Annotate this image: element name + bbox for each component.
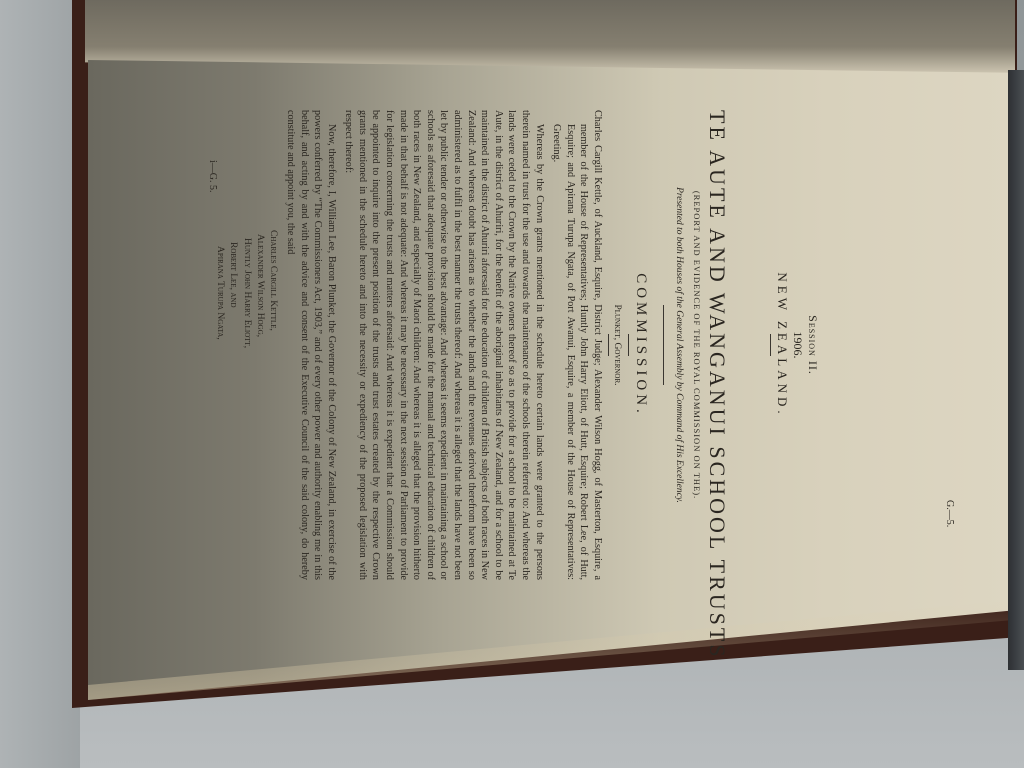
signatory: Charles Cargill Kettle, <box>266 230 279 580</box>
divider <box>628 334 629 356</box>
document-content: Session II. 1906. NEW ZEALAND. TE AUTE A… <box>212 110 820 580</box>
divider <box>770 334 771 356</box>
document-title: TE AUTE AND WANGANUI SCHOOL TRUSTS <box>704 110 730 580</box>
signatory-list: Charles Cargill Kettle, Alexander Wilson… <box>212 230 279 580</box>
divider <box>608 334 609 356</box>
session-label: Session II. <box>805 110 820 580</box>
year-label: 1906. <box>790 110 805 580</box>
country-label: NEW ZEALAND. <box>774 110 790 580</box>
addressees-paragraph: Charles Cargill Kettle, of Auckland, Esq… <box>550 110 604 580</box>
issuer-line: Plunket, Governor. <box>612 110 622 580</box>
signatory: Apirana Turupa Ngata, <box>212 230 225 580</box>
book-spine-shadow <box>1008 70 1024 670</box>
signatory: Robert Lee, and <box>226 230 239 580</box>
signatory: Huntly John Harry Eliott, <box>239 230 252 580</box>
divider <box>663 305 664 385</box>
signatory: Alexander Wilson Hogg, <box>253 230 266 580</box>
document-subtitle: (REPORT AND EVIDENCE OF THE ROYAL COMMIS… <box>692 110 702 580</box>
presented-line: Presented to both Houses of the General … <box>674 110 684 580</box>
section-heading: COMMISSION. <box>632 110 649 580</box>
body-paragraph: Now, therefore, I, William Lee, Baron Pl… <box>283 110 337 580</box>
background-surface <box>0 0 80 768</box>
body-paragraph: Whereas by the Crown grants mentioned in… <box>342 110 546 580</box>
page-reference-top: G.—5. <box>944 500 955 527</box>
